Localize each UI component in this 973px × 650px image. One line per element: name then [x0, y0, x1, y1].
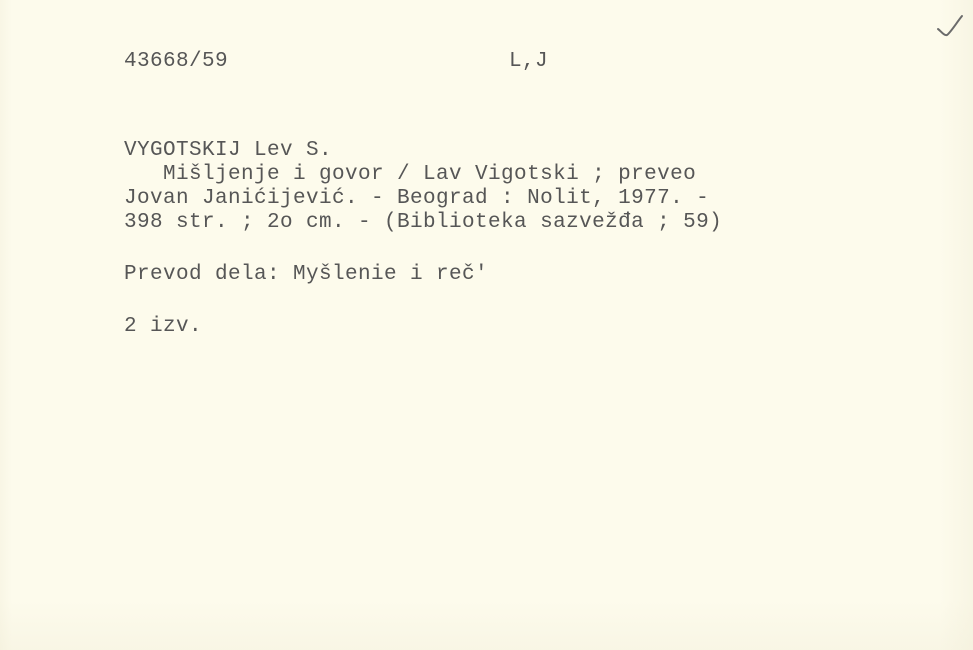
catalog-card: 43668/59 L,J VYGOTSKIJ Lev S. Mišljenje … [0, 0, 973, 650]
author-heading: VYGOTSKIJ Lev S. [124, 139, 332, 163]
title-statement: Mišljenje i govor / Lav Vigotski ; preve… [124, 163, 696, 187]
accession-number: 43668/59 [124, 50, 228, 74]
translation-note: Prevod dela: Myšlenie i reč' [124, 263, 488, 287]
copies-count: 2 izv. [124, 315, 202, 339]
location-mark: L,J [509, 50, 548, 74]
physical-description: 398 str. ; 2o cm. - (Biblioteka sazvežđa… [124, 211, 722, 235]
checkmark-icon [936, 14, 964, 38]
publication-statement: Jovan Janićijević. - Beograd : Nolit, 19… [124, 187, 709, 211]
